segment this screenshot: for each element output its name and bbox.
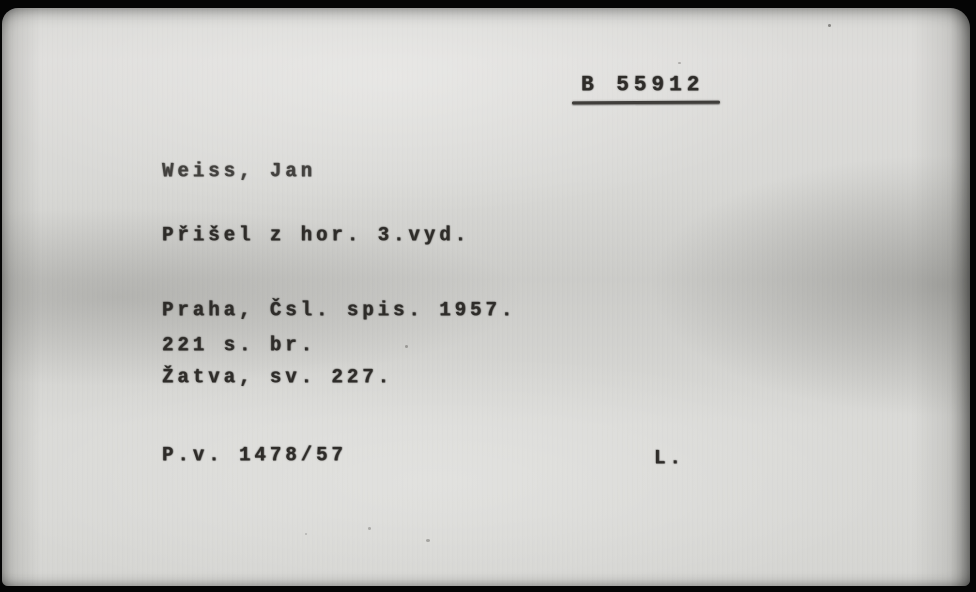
paper-speck [305, 533, 307, 535]
cataloguer-initial: L. [654, 446, 685, 469]
catalog-number-underline [572, 101, 720, 105]
catalog-card: B 55912 Weiss, Jan Přišel z hor. 3.vyd. … [2, 8, 970, 586]
scan-background: { "card": { "catalog_number": "B 55912",… [0, 0, 976, 592]
paper-speck [828, 24, 831, 27]
author-line: Weiss, Jan [162, 159, 316, 182]
paper-speck [368, 527, 371, 530]
series-line: Žatva, sv. 227. [162, 365, 393, 388]
title-line: Přišel z hor. 3.vyd. [162, 223, 470, 246]
paper-speck [426, 539, 430, 542]
extent-line: 221 s. br. [162, 333, 316, 356]
paper-speck [405, 345, 408, 348]
catalog-number: B 55912 [581, 73, 704, 97]
imprint-line: Praha, Čsl. spis. 1957. [162, 298, 516, 321]
paper-speck [678, 62, 681, 64]
accession-number-line: P.v. 1478/57 [162, 443, 347, 466]
